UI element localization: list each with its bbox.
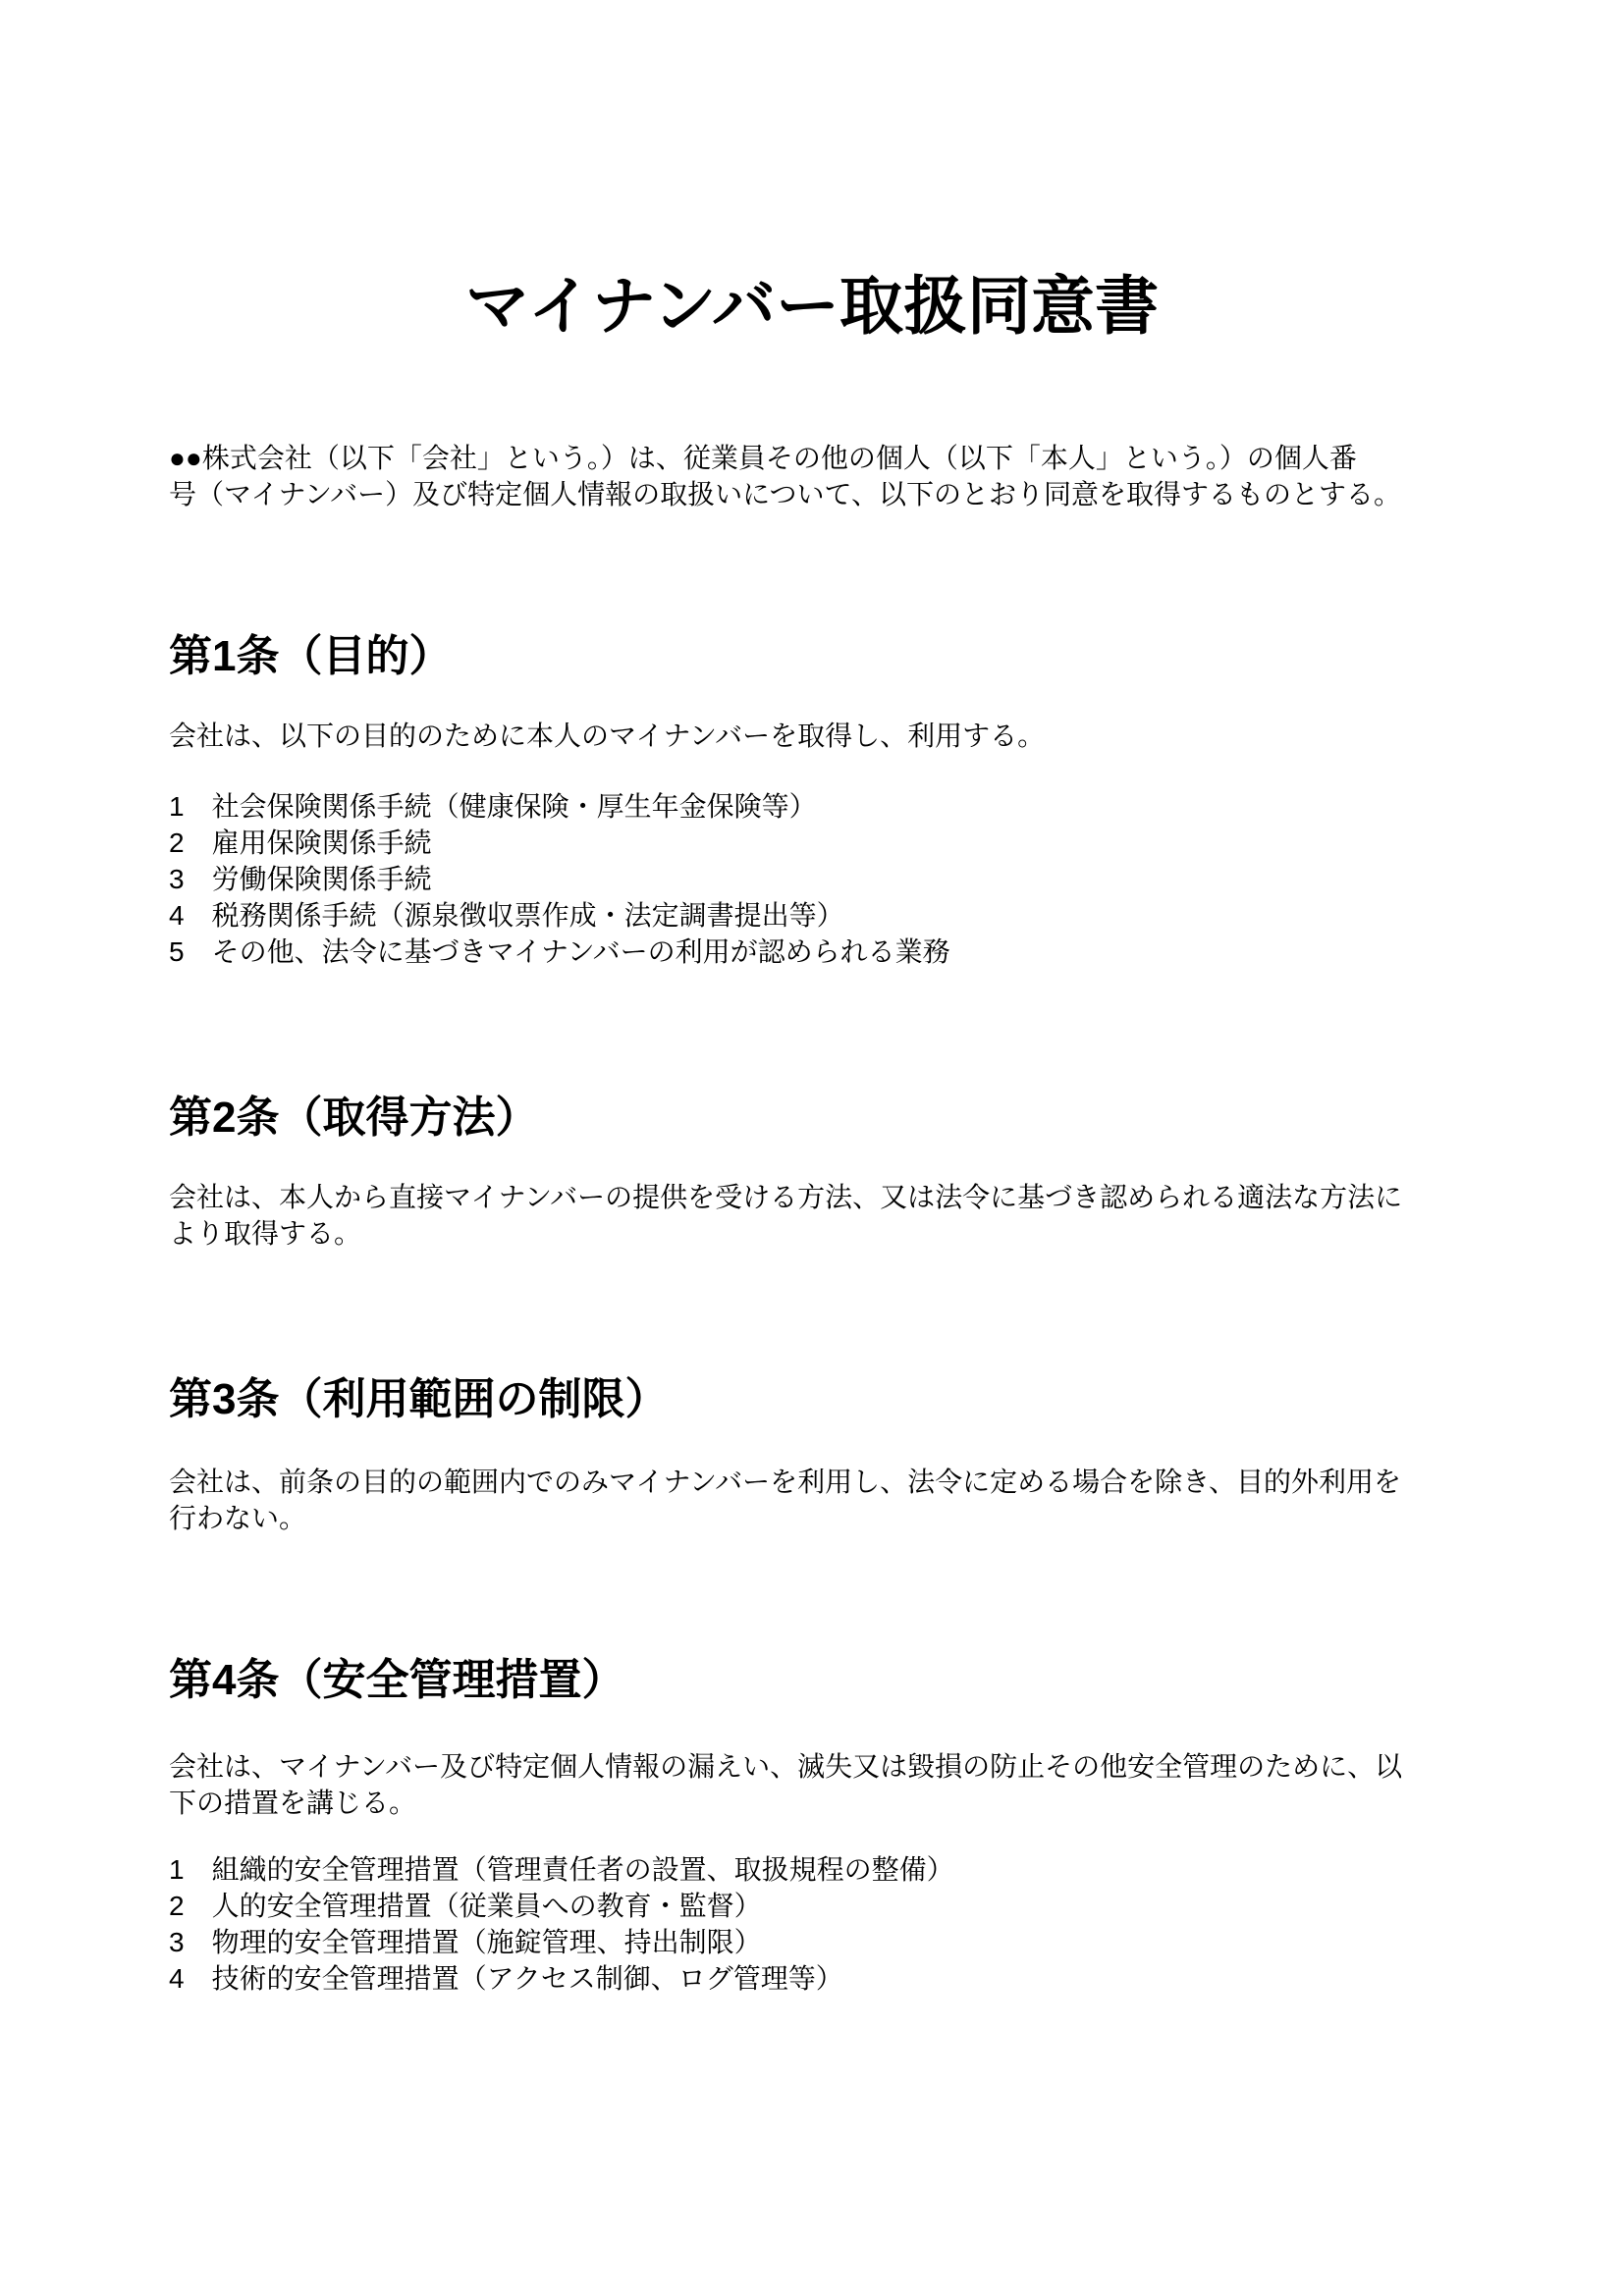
list-item: 2 雇用保険関係手続: [169, 825, 950, 861]
section-3-body: 会社は、前条の目的の範囲内でのみマイナンバーを利用し、法令に定める場合を除き、目…: [169, 1464, 1401, 1536]
section-3-heading: 第3条（利用範囲の制限）: [169, 1374, 668, 1425]
list-item: 4 技術的安全管理措置（アクセス制御、ログ管理等）: [169, 1960, 954, 1997]
list-item: 2 人的安全管理措置（従業員への教育・監督）: [169, 1888, 954, 1924]
section-2-body: 会社は、本人から直接マイナンバーの提供を受ける方法、又は法令に基づき認められる適…: [169, 1179, 1402, 1252]
section-1-body: 会社は、以下の目的のために本人のマイナンバーを取得し、利用する。: [169, 718, 1045, 754]
intro-paragraph: ●●株式会社（以下「会社」という。）は、従業員その他の個人（以下「本人」という。…: [169, 440, 1401, 512]
document-page: マイナンバー取扱同意書 ●●株式会社（以下「会社」という。）は、従業員その他の個…: [0, 0, 1624, 2296]
list-item: 4 税務関係手続（源泉徴収票作成・法定調書提出等）: [169, 897, 950, 934]
section-4-list: 1 組織的安全管理措置（管理責任者の設置、取扱規程の整備） 2 人的安全管理措置…: [169, 1851, 954, 1997]
section-2-heading: 第2条（取得方法）: [169, 1093, 538, 1144]
list-item: 1 組織的安全管理措置（管理責任者の設置、取扱規程の整備）: [169, 1851, 954, 1888]
list-item: 3 労働保険関係手続: [169, 861, 950, 897]
list-item: 3 物理的安全管理措置（施錠管理、持出制限）: [169, 1924, 954, 1960]
section-4-body: 会社は、マイナンバー及び特定個人情報の漏えい、滅失又は毀損の防止その他安全管理の…: [169, 1748, 1402, 1821]
section-1-heading: 第1条（目的）: [169, 631, 452, 682]
list-item: 1 社会保険関係手続（健康保険・厚生年金保険等）: [169, 788, 950, 825]
list-item: 5 その他、法令に基づきマイナンバーの利用が認められる業務: [169, 934, 950, 970]
section-4-heading: 第4条（安全管理措置）: [169, 1655, 624, 1706]
document-title: マイナンバー取扱同意書: [0, 269, 1624, 344]
section-1-list: 1 社会保険関係手続（健康保険・厚生年金保険等） 2 雇用保険関係手続 3 労働…: [169, 788, 950, 970]
